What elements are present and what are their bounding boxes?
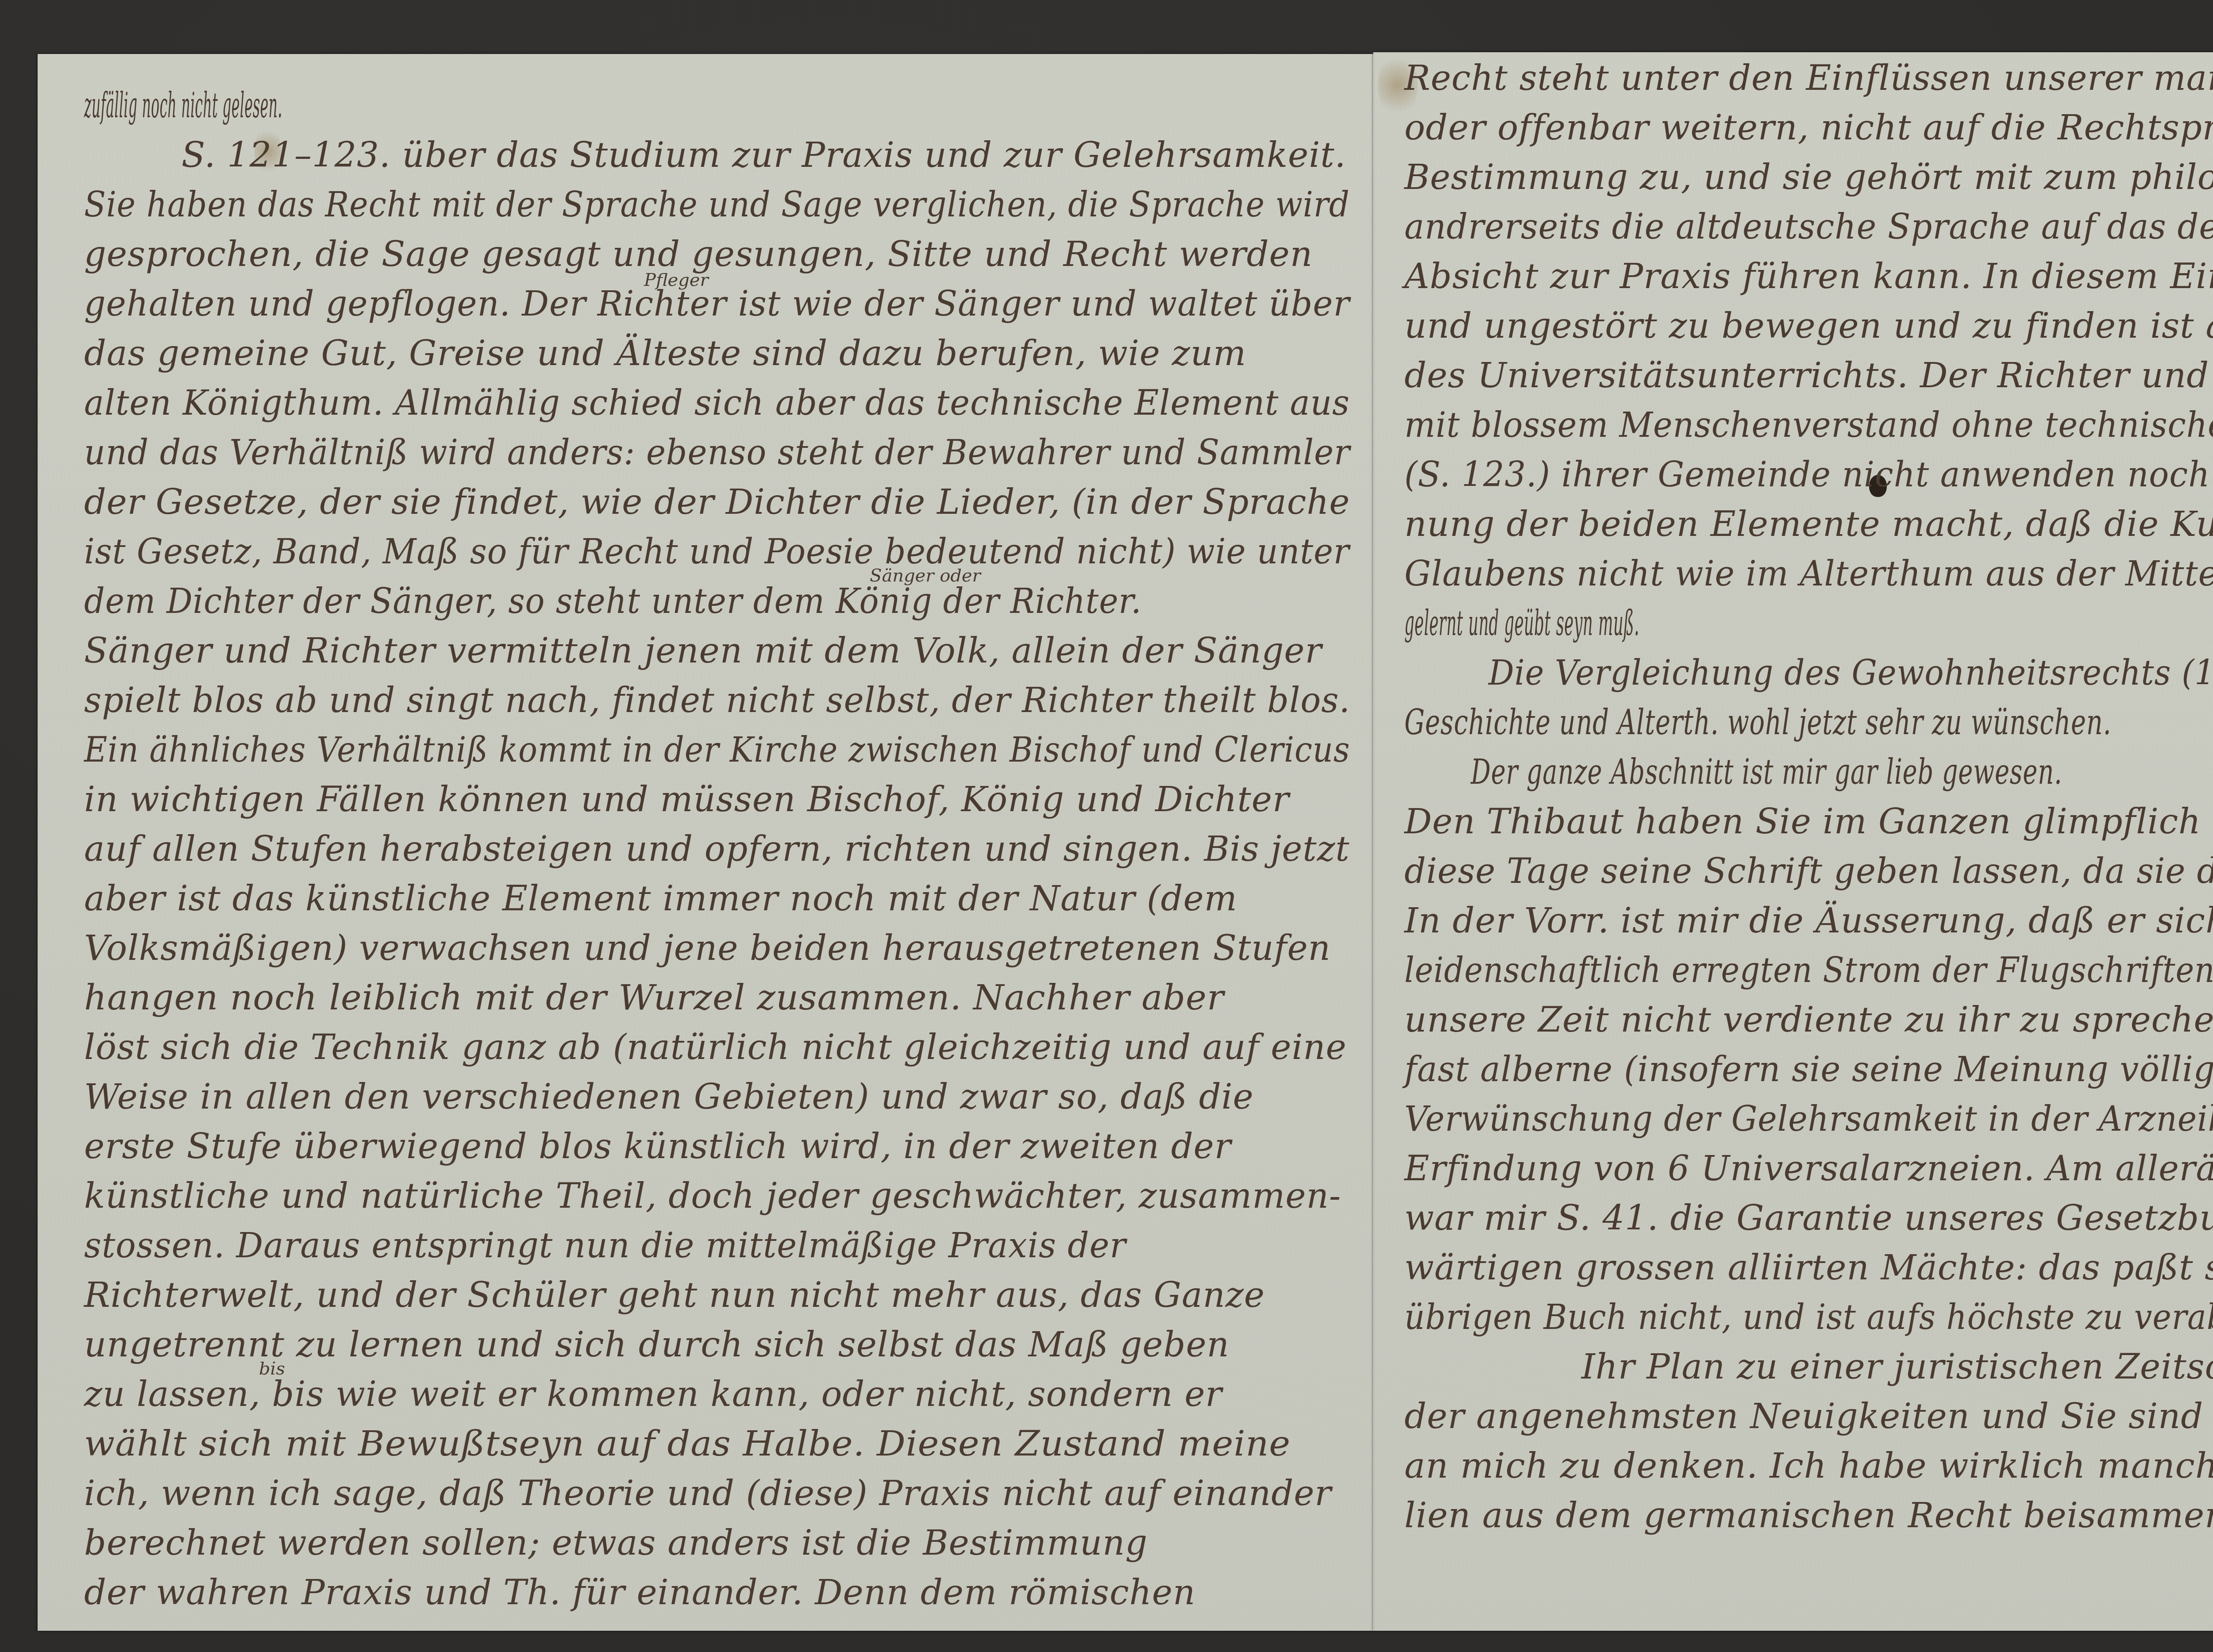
handwritten-line: spielt blos ab und singt nach, findet ni… — [84, 683, 1323, 718]
handwritten-line: der wahren Praxis und Th. für einander. … — [84, 1575, 1350, 1610]
handwritten-line: Ihr Plan zu einer juristischen Zeitschri… — [1581, 1350, 2213, 1384]
handwritten-line: dem Dichter der Sänger, so steht unter d… — [84, 584, 1270, 619]
left-page: zufällig noch nicht gelesen.S. 121–123. … — [38, 54, 1373, 1631]
handwritten-line: lien aus dem germanischen Recht beisamme… — [1404, 1498, 2213, 1533]
handwritten-line: Der ganze Abschnitt ist mir gar lieb gew… — [1471, 755, 2213, 789]
handwritten-line: unsere Zeit nicht verdiente zu ihr zu sp… — [1404, 1003, 2213, 1037]
handwritten-line: fast alberne (insofern sie seine Meinung… — [1404, 1052, 2213, 1087]
handwritten-line: Sie haben das Recht mit der Sprache und … — [84, 188, 1247, 222]
handwritten-line: Recht steht unter den Einflüssen unserer… — [1404, 61, 2213, 96]
handwritten-line: zufällig noch nicht gelesen. — [84, 89, 593, 123]
handwritten-line: auf allen Stufen herabsteigen und opfern… — [84, 832, 1346, 866]
handwritten-line: Erfindung von 6 Universalarzneien. Am al… — [1404, 1151, 2213, 1186]
handwritten-line: stossen. Daraus entspringt nun die mitte… — [84, 1228, 1315, 1263]
handwritten-line: In der Vorr. ist mir die Äusserung, daß … — [1404, 904, 2213, 938]
left-page-text: zufällig noch nicht gelesen.S. 121–123. … — [38, 54, 1373, 1631]
handwritten-line: leidenschaftlich erregten Strom der Flug… — [1404, 953, 2213, 988]
handwritten-line: ist Gesetz, Band, Maß so für Recht und P… — [84, 535, 1288, 569]
handwritten-line: Ein ähnliches Verhältniß kommt in der Ki… — [84, 733, 1245, 767]
handwritten-line: Die Vergleichung des Gewohnheitsrechts (… — [1488, 656, 2213, 690]
handwritten-line: Richterwelt, und der Schüler geht nun ni… — [84, 1278, 1350, 1313]
handwritten-line: Glaubens nicht wie im Alterthum aus der … — [1404, 557, 2213, 591]
handwritten-line: gesprochen, die Sage gesagt und gesungen… — [84, 237, 1350, 272]
handwritten-line: des Universitätsunterrichts. Der Richter… — [1404, 358, 2213, 393]
handwritten-line: oder offenbar weitern, nicht auf die Rec… — [1404, 111, 2213, 145]
handwritten-line: der angenehmsten Neuigkeiten und Sie sin… — [1404, 1399, 2213, 1434]
handwritten-line: übrigen Buch nicht, und ist aufs höchste… — [1404, 1300, 2213, 1335]
handwritten-line: erste Stufe überwiegend blos künstlich w… — [84, 1129, 1350, 1164]
handwritten-line: alten Königthum. Allmählig schied sich a… — [84, 386, 1311, 420]
handwritten-line: mit blossem Menschenverstand ohne techni… — [1404, 408, 2213, 443]
handwritten-line: S. 121–123. über das Studium zur Praxis … — [181, 138, 1350, 173]
handwritten-line: zu lassen, bis wie weit er kommen kann, … — [84, 1377, 1350, 1412]
handwritten-line: löst sich die Technik ganz ab (natürlich… — [84, 1030, 1350, 1065]
handwritten-line: aber ist das künstliche Element immer no… — [84, 882, 1350, 916]
handwritten-line: Sänger und Richter vermitteln jenen mit … — [84, 634, 1350, 668]
right-page-text: Recht steht unter den Einflüssen unserer… — [1373, 52, 2213, 1631]
handwritten-line: diese Tage seine Schrift geben lassen, d… — [1404, 854, 2213, 889]
handwritten-line: Den Thibaut haben Sie im Ganzen glimpfli… — [1404, 805, 2213, 839]
handwritten-line: wärtigen grossen alliirten Mächte: das p… — [1404, 1251, 2213, 1285]
right-page: Recht steht unter den Einflüssen unserer… — [1373, 52, 2213, 1631]
handwritten-line: in wichtigen Fällen können und müssen Bi… — [84, 782, 1350, 817]
handwritten-line: und das Verhältniß wird anders: ebenso s… — [84, 435, 1292, 470]
handwritten-line: war mir S. 41. die Garantie unseres Gese… — [1404, 1201, 2213, 1236]
handwritten-line: nung der beiden Elemente macht, daß die … — [1404, 507, 2213, 542]
handwritten-line: gelernt und geübt seyn muß. — [1404, 606, 1962, 641]
handwritten-line: künstliche und natürliche Theil, doch je… — [84, 1179, 1350, 1213]
handwritten-line: das gemeine Gut, Greise und Älteste sind… — [84, 336, 1350, 371]
letter-spread: zufällig noch nicht gelesen.S. 121–123. … — [38, 52, 2213, 1631]
handwritten-line: berechnet werden sollen; etwas anders is… — [84, 1526, 1350, 1560]
handwritten-line: der Gesetze, der sie findet, wie der Dic… — [84, 485, 1346, 520]
handwritten-line: Bestimmung zu, und sie gehört mit zum ph… — [1404, 160, 2213, 195]
handwritten-line: und ungestört zu bewegen und zu finden i… — [1404, 309, 2213, 343]
handwritten-line: wählt sich mit Bewußtseyn auf das Halbe.… — [84, 1427, 1373, 1461]
handwritten-line: (S. 123.) ihrer Gemeinde nicht anwenden … — [1404, 458, 2213, 492]
handwritten-line: hangen noch leiblich mit der Wurzel zusa… — [84, 981, 1368, 1015]
interlinear-insertion: Pfleger — [644, 270, 709, 290]
handwritten-line: Absicht zur Praxis führen kann. In diese… — [1404, 259, 2213, 294]
interlinear-insertion: Sänger oder — [870, 566, 981, 586]
handwritten-line: gehalten und gepflogen. Der Richter ist … — [84, 287, 1321, 321]
handwritten-line: Geschichte und Alterth. wohl jetzt sehr … — [1404, 705, 2213, 740]
interlinear-insertion: bis — [259, 1359, 285, 1379]
handwritten-line: Volksmäßigen) verwachsen und jene beiden… — [84, 931, 1350, 966]
handwritten-line: Verwünschung der Gelehrsamkeit in der Ar… — [1404, 1102, 2213, 1136]
handwritten-line: ich, wenn ich sage, daß Theorie und (die… — [84, 1476, 1350, 1511]
handwritten-line: ungetrennt zu lernen und sich durch sich… — [84, 1328, 1350, 1362]
page-fold — [1372, 52, 1375, 1631]
handwritten-line: an mich zu denken. Ich habe wirklich man… — [1404, 1449, 2213, 1483]
handwritten-line: andrerseits die altdeutsche Sprache auf … — [1404, 210, 2213, 244]
handwritten-line: Weise in allen den verschiedenen Gebiete… — [84, 1080, 1350, 1114]
